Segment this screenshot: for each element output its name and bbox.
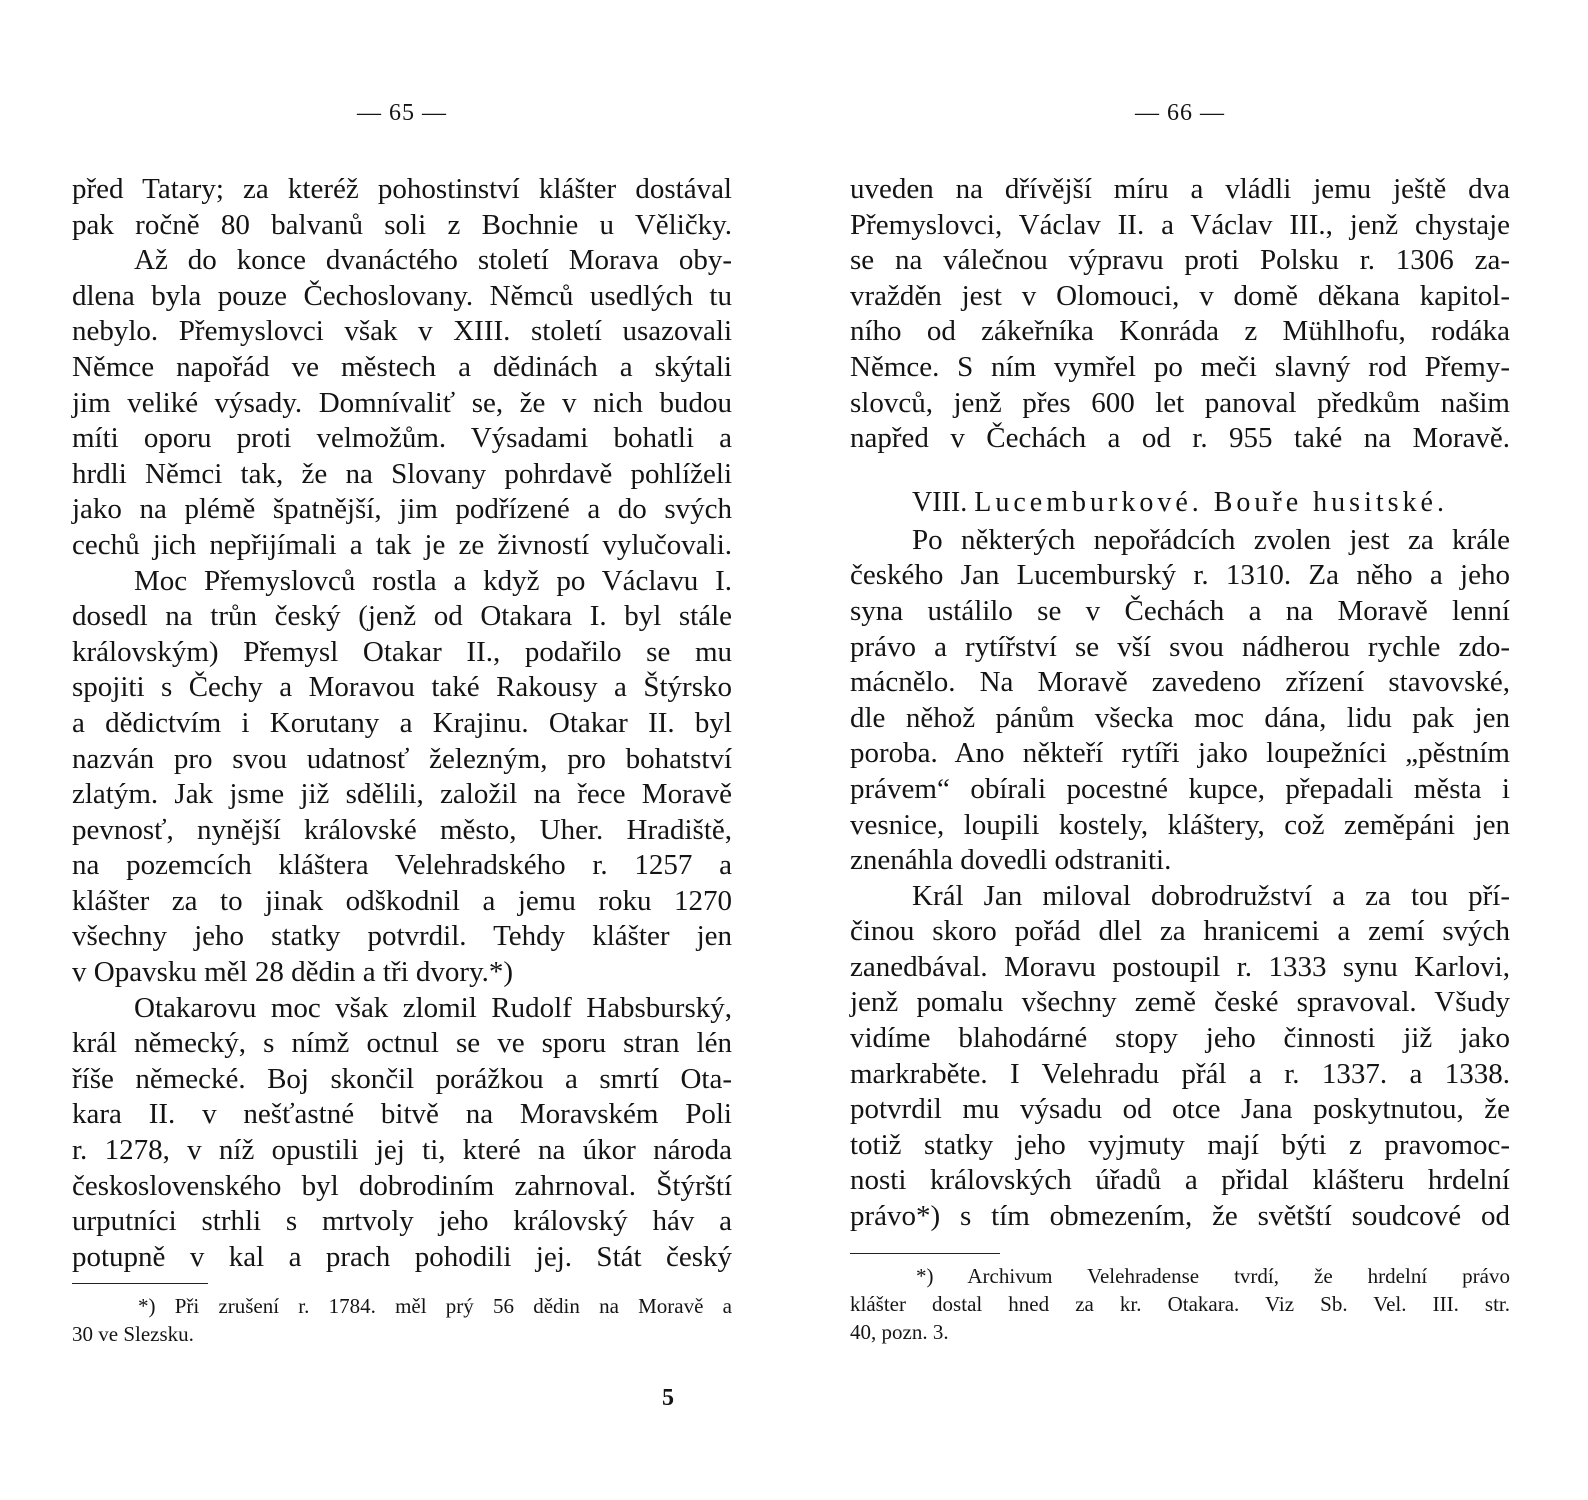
text-line: dlena byla pouze Čechoslovany. Němců use… [72,279,732,315]
text-line: Král Jan miloval dobrodružství a za tou … [850,879,1510,915]
text-line: na pozemcích kláštera Velehradského r. 1… [72,848,732,884]
footnote: *) Archivum Velehradense tvrdí, že hrdel… [850,1262,1510,1346]
text-line: znenáhla dovedli odstraniti. [850,843,1510,879]
text-line: Němce napořád ve městech a dědinách a sk… [72,350,732,386]
footnote-line: *) Při zrušení r. 1784. měl prý 56 dědin… [72,1292,732,1320]
text-line: Moc Přemyslovců rostla a když po Václavu… [72,564,732,600]
text-line: Přemyslovci, Václav II. a Václav III., j… [850,208,1510,244]
text-line: Otakarovu moc však zlomil Rudolf Habsbur… [72,991,732,1027]
text-line: před Tatary; za kteréž pohostinství kláš… [72,172,732,208]
text-line: uveden na dřívější míru a vládli jemu je… [850,172,1510,208]
text-line: právo*) s tím obmezením, že světští soud… [850,1199,1510,1235]
footnote-rule [850,1253,1000,1254]
text-line: zlatým. Jak jsme již sdělili, založil na… [72,777,732,813]
section-spacer [850,457,1510,483]
footnote: *) Při zrušení r. 1784. měl prý 56 dědin… [72,1292,732,1348]
text-line: říše německé. Boj skončil porážkou a smr… [72,1062,732,1098]
text-line: spojiti s Čechy a Moravou také Rakousy a… [72,670,732,706]
text-line: hrdli Němci tak, že na Slovany pohrdavě … [72,457,732,493]
text-line: vražděn jest v Olomouci, v domě děkana k… [850,279,1510,315]
text-line: československého byl dobrodiním zahrnova… [72,1169,732,1205]
body-text: před Tatary; za kteréž pohostinství kláš… [72,172,732,1275]
text-line: slovců, jenž přes 600 let panoval předků… [850,386,1510,422]
text-line: právem“ obírali pocestné kupce, přepadal… [850,772,1510,808]
text-line: poroba. Ano někteří rytíři jako loupežní… [850,736,1510,772]
signature-mark: 5 [662,1385,674,1412]
text-line: pak ročně 80 balvanů soli z Bochnie u Vě… [72,208,732,244]
text-line: r. 1278, v níž opustili jej ti, které na… [72,1133,732,1169]
footnote-line: *) Archivum Velehradense tvrdí, že hrdel… [850,1262,1510,1290]
text-line: klášter za to jinak odškodnil a jemu rok… [72,884,732,920]
section-numeral: VIII. [912,487,974,518]
text-line: napřed v Čechách a od r. 955 také na Mor… [850,421,1510,457]
text-line: Až do konce dvanáctého století Morava ob… [72,243,732,279]
text-line: nosti královských úřadů a přidal klášter… [850,1163,1510,1199]
text-line: pevnosť, nynější královské město, Uher. … [72,813,732,849]
text-line: dosedl na trůn český (jenž od Otakara I.… [72,599,732,635]
text-line: jenž pomalu všechny země české spravoval… [850,985,1510,1021]
footnote-line: 40, pozn. 3. [850,1318,1510,1346]
text-line: urputníci strhli s mrtvoly jeho královsk… [72,1204,732,1240]
text-line: syna ustálilo se v Čechách a na Moravě l… [850,594,1510,630]
text-line: totiž statky jeho vyjmuty mají býti z pr… [850,1128,1510,1164]
text-line: ního od zákeřníka Konráda z Mühlhofu, ro… [850,314,1510,350]
page-number: — 66 — [850,100,1510,127]
text-line: Po některých nepořádcích zvolen jest za … [850,523,1510,559]
text-line: jim veliké výsady. Domnívaliť se, že v n… [72,386,732,422]
text-line: nazván pro svou udatnosť železným, pro b… [72,742,732,778]
text-line: zanedbával. Moravu postoupil r. 1333 syn… [850,950,1510,986]
text-line: dle něhož pánům všecka moc dána, lidu pa… [850,701,1510,737]
text-line: právo a rytířství se vší svou nádherou r… [850,630,1510,666]
text-line: v Opavsku měl 28 dědin a tři dvory.*) [72,955,732,991]
text-line: a dědictvím i Korutany a Krajinu. Otakar… [72,706,732,742]
text-line: kara II. v nešťastné bitvě na Moravském … [72,1097,732,1133]
text-line: všechny jeho statky potvrdil. Tehdy kláš… [72,919,732,955]
text-line: mácnělo. Na Moravě zavedeno zřízení stav… [850,665,1510,701]
text-line: cechů jich nepřijímali a tak je ze živno… [72,528,732,564]
text-line: markraběte. I Velehradu přál a r. 1337. … [850,1057,1510,1093]
page-number: — 65 — [72,100,732,127]
text-line: míti oporu proti velmožům. Výsadami boha… [72,421,732,457]
body-text: uveden na dřívější míru a vládli jemu je… [850,172,1510,1235]
text-line: potvrdil mu výsadu od otce Jana poskytnu… [850,1092,1510,1128]
text-line: se na válečnou výpravu proti Polsku r. 1… [850,243,1510,279]
text-line: činou skoro pořád dlel za hranicemi a ze… [850,914,1510,950]
footnote-line: 30 ve Slezsku. [72,1320,732,1348]
text-line: jako na plémě špatnější, jim podřízené a… [72,492,732,528]
text-line: českého Jan Lucemburský r. 1310. Za něho… [850,558,1510,594]
text-line: vidíme blahodárné stopy jeho činnosti ji… [850,1021,1510,1057]
footnote-rule [72,1283,208,1284]
section-title: Lucemburkové. Bouře husitské. [974,487,1448,518]
section-heading: VIII. Lucemburkové. Bouře husitské. [850,483,1510,523]
text-line: vesnice, loupili kostely, kláštery, což … [850,808,1510,844]
text-line: potupně v kal a prach pohodili jej. Stát… [72,1240,732,1276]
footnote-line: klášter dostal hned za kr. Otakara. Viz … [850,1290,1510,1318]
text-line: nebylo. Přemyslovci však v XIII. století… [72,314,732,350]
text-line: královským) Přemysl Otakar II., podařilo… [72,635,732,671]
text-line: král německý, s nímž octnul se ve sporu … [72,1026,732,1062]
text-line: Němce. S ním vymřel po meči slavný rod P… [850,350,1510,386]
